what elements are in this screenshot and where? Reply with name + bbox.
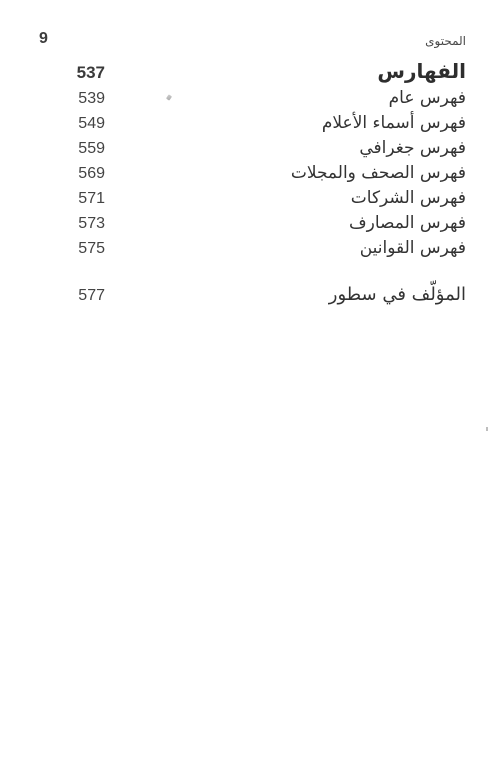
toc-entry-label: فهرس المصارف bbox=[349, 213, 466, 233]
table-of-contents: 537 الفهارس 539 فهرس عام 549 فهرس أسماء … bbox=[39, 59, 466, 311]
toc-entry-row: 575 فهرس القوانين bbox=[39, 238, 466, 263]
toc-entry-row: 573 فهرس المصارف bbox=[39, 213, 466, 238]
toc-entry-page-number: 559 bbox=[39, 140, 105, 158]
book-page: 9 المحتوى 537 الفهارس 539 فهرس عام 549 ف… bbox=[0, 0, 500, 760]
toc-entry-row: 571 فهرس الشركات bbox=[39, 188, 466, 213]
page-number: 9 bbox=[39, 30, 48, 48]
toc-entry-label: فهرس عام bbox=[389, 88, 466, 108]
toc-entry-page-number: 571 bbox=[39, 190, 105, 208]
toc-entry-page-number: 575 bbox=[39, 240, 105, 258]
toc-entry-row: 539 فهرس عام bbox=[39, 88, 466, 113]
toc-entry-label: فهرس جغرافي bbox=[359, 138, 466, 158]
toc-section-row: 537 الفهارس bbox=[39, 59, 466, 88]
toc-entry-label: فهرس الشركات bbox=[351, 188, 466, 208]
toc-entry-row: 559 فهرس جغرافي bbox=[39, 138, 466, 163]
running-header-title: المحتوى bbox=[425, 30, 466, 48]
toc-author-label: المؤلّف في سطور bbox=[329, 284, 466, 305]
toc-entry-page-number: 539 bbox=[39, 90, 105, 108]
toc-entry-page-number: 569 bbox=[39, 165, 105, 183]
toc-entry-label: فهرس القوانين bbox=[360, 238, 466, 258]
toc-entry-page-number: 573 bbox=[39, 215, 105, 233]
scan-speck bbox=[486, 427, 488, 431]
toc-author-page-number: 577 bbox=[39, 287, 105, 305]
toc-author-row: 577 المؤلّف في سطور bbox=[39, 284, 466, 311]
toc-entry-label: فهرس الصحف والمجلات bbox=[291, 163, 466, 183]
toc-section-page-number: 537 bbox=[39, 63, 105, 83]
running-header: 9 المحتوى bbox=[39, 30, 466, 48]
toc-entry-label: فهرس أسماء الأعلام bbox=[322, 113, 466, 133]
toc-entry-row: 569 فهرس الصحف والمجلات bbox=[39, 163, 466, 188]
toc-entry-page-number: 549 bbox=[39, 115, 105, 133]
toc-section-title: الفهارس bbox=[377, 59, 466, 83]
toc-entry-row: 549 فهرس أسماء الأعلام bbox=[39, 113, 466, 138]
